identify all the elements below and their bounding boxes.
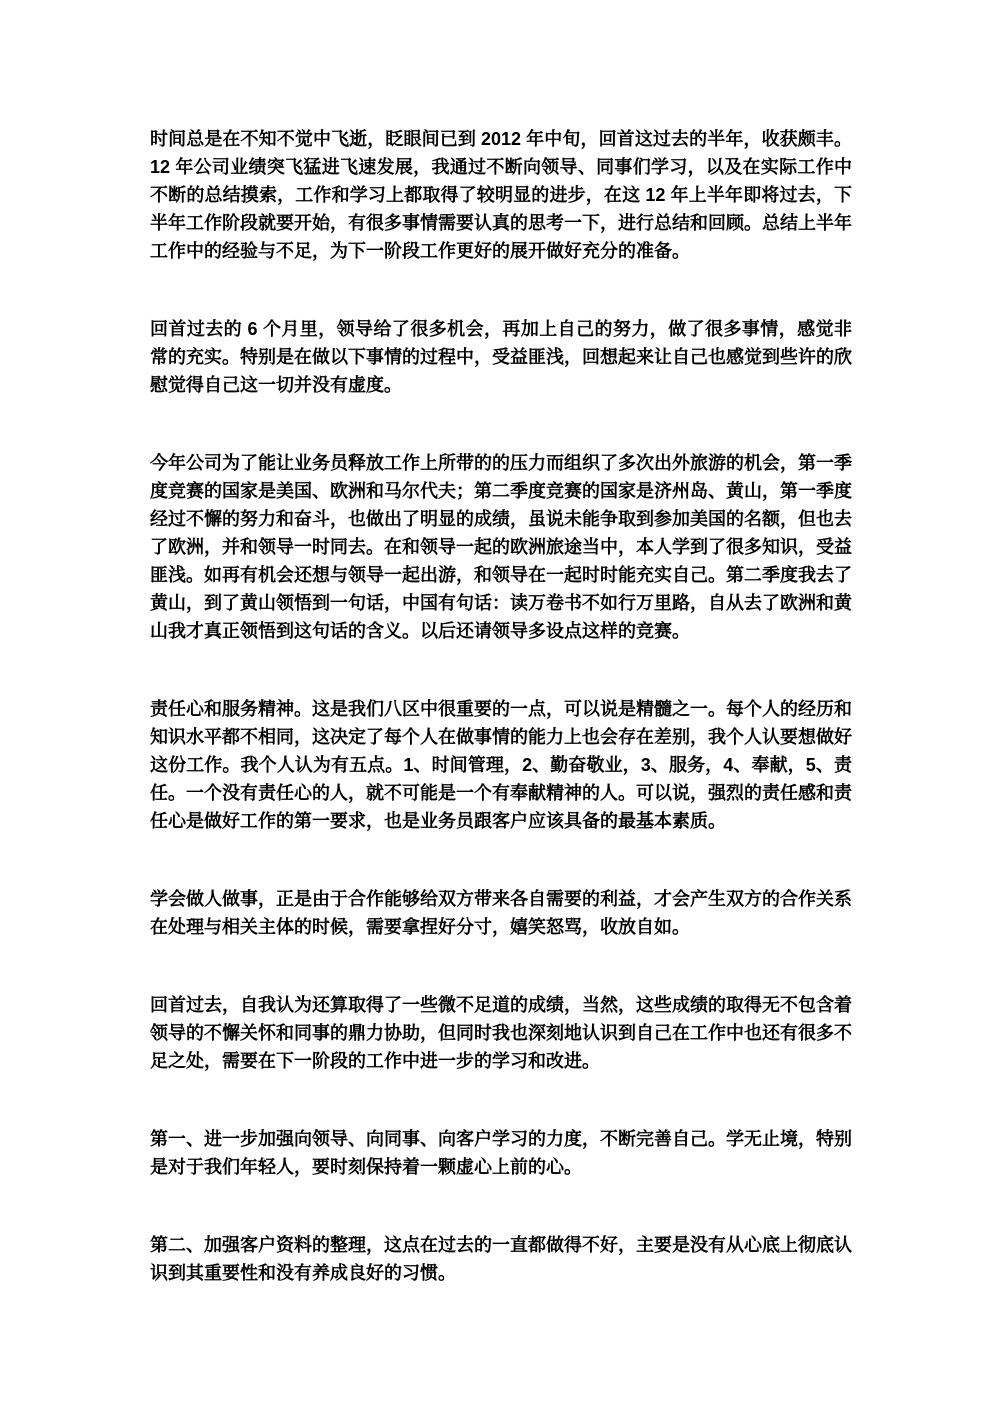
paragraph-point-one: 第一、进一步加强向领导、向同事、向客户学习的力度，不断完善自己。学无止境，特别是… bbox=[150, 1125, 852, 1181]
paragraph-intro: 时间总是在不知不觉中飞逝，眨眼间已到 2012 年中旬，回首这过去的半年，收获颇… bbox=[150, 125, 852, 265]
paragraph-responsibility: 责任心和服务精神。这是我们八区中很重要的一点，可以说是精髓之一。每个人的经历和知… bbox=[150, 695, 852, 835]
paragraph-point-two: 第二、加强客户资料的整理，这点在过去的一直都做得不好，主要是没有从心底上彻底认识… bbox=[150, 1231, 852, 1287]
document-page: 时间总是在不知不觉中飞逝，眨眼间已到 2012 年中旬，回首这过去的半年，收获颇… bbox=[0, 0, 1000, 1415]
paragraph-cooperation: 学会做人做事，正是由于合作能够给双方带来各自需要的利益，才会产生双方的合作关系在… bbox=[150, 885, 852, 941]
paragraph-self-assessment: 回首过去，自我认为还算取得了一些微不足道的成绩，当然，这些成绩的取得无不包含着领… bbox=[150, 991, 852, 1075]
paragraph-company-travel: 今年公司为了能让业务员释放工作上所带的的压力而组织了多次出外旅游的机会，第一季度… bbox=[150, 449, 852, 645]
paragraph-review-6-months: 回首过去的 6 个月里，领导给了很多机会，再加上自己的努力，做了很多事情，感觉非… bbox=[150, 315, 852, 399]
